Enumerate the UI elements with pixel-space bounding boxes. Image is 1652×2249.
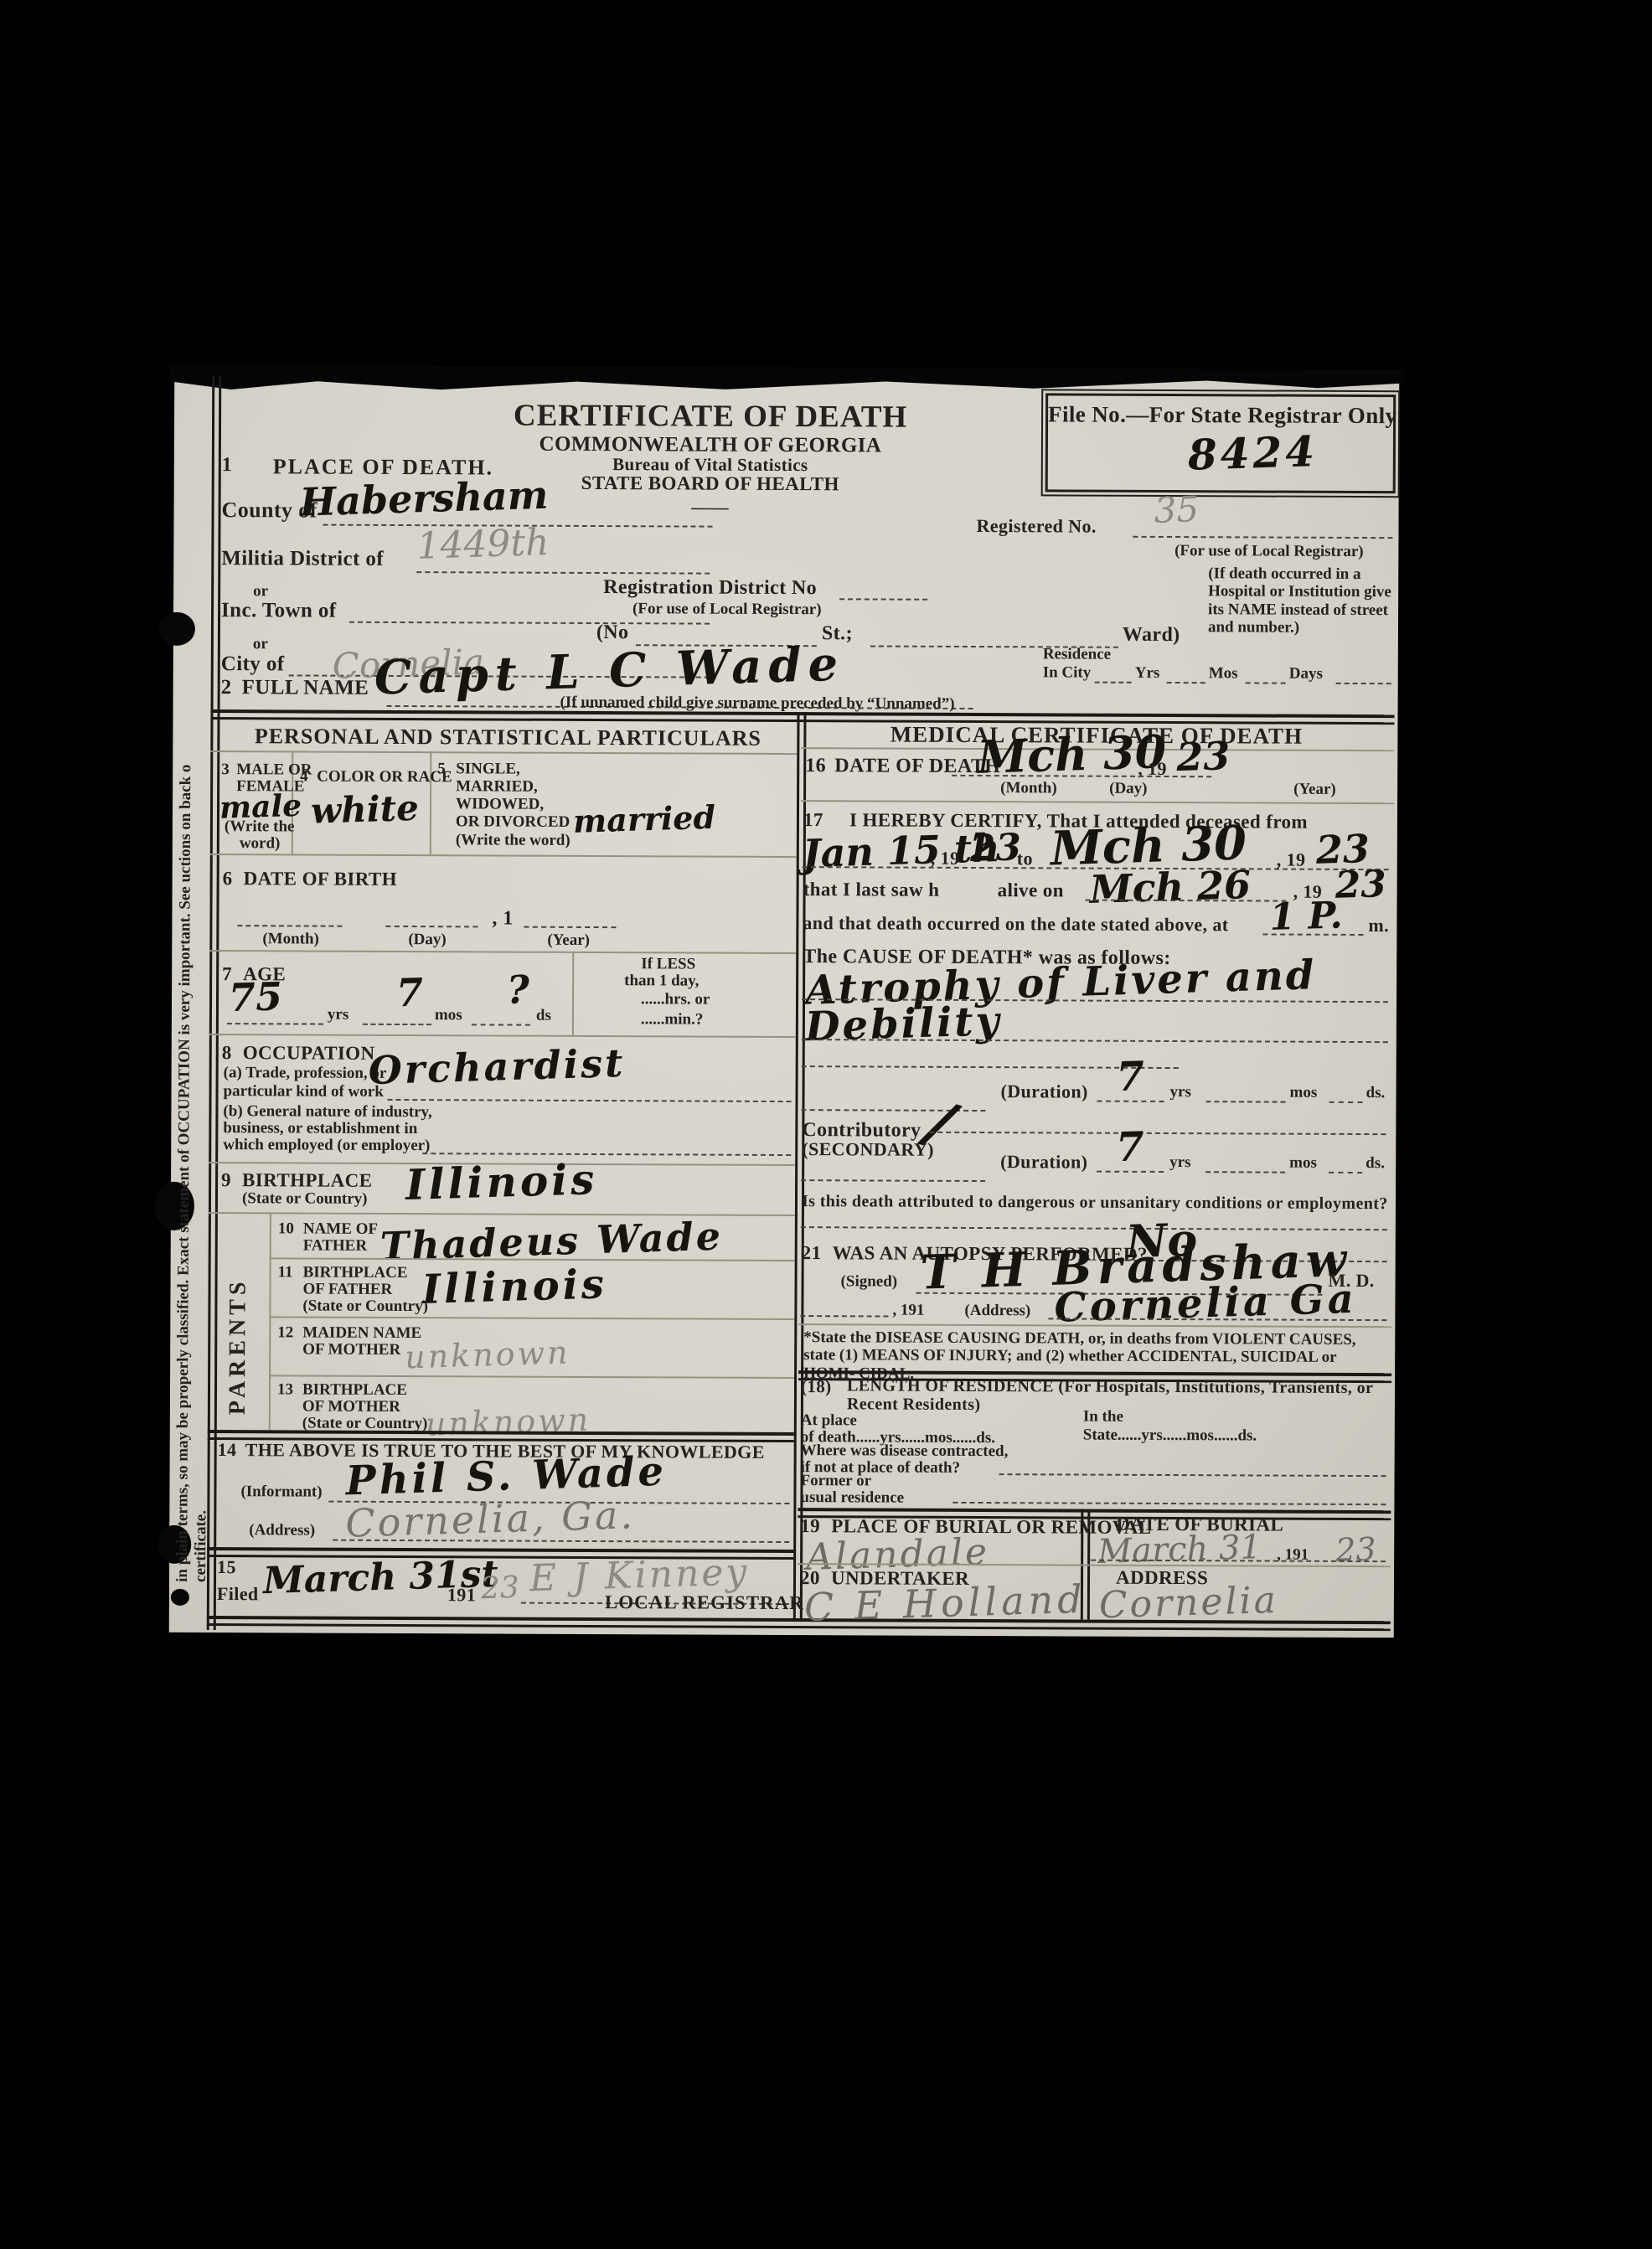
dotted-line xyxy=(385,926,478,927)
in-the-label: In the xyxy=(1083,1409,1123,1426)
dotted-line xyxy=(227,1023,323,1025)
marital-number: 5 xyxy=(437,761,446,778)
dotted-line xyxy=(1097,1101,1164,1102)
burial-date-value: March 31 xyxy=(1097,1530,1262,1569)
ward-label: Ward) xyxy=(1123,625,1180,647)
dotted-line xyxy=(388,1099,792,1102)
duration-2-label: (Duration) xyxy=(1000,1152,1087,1172)
cell-divider xyxy=(430,751,432,854)
death-day-label: (Day) xyxy=(1109,781,1147,798)
undertaker-address-value: Cornelia xyxy=(1098,1582,1278,1625)
occupation-number: 8 xyxy=(222,1043,232,1064)
dotted-line xyxy=(929,1132,1386,1135)
dotted-line xyxy=(999,1473,1386,1477)
dotted-line xyxy=(1329,1101,1363,1103)
file-number-value: 8424 xyxy=(1187,431,1319,477)
registration-district-label: Registration District No xyxy=(603,577,817,600)
secondary-label: (SECONDARY) xyxy=(802,1139,934,1159)
dotted-line xyxy=(1095,682,1132,683)
militia-district-label: Militia District of xyxy=(221,547,384,570)
at-place-label: At place xyxy=(801,1412,857,1430)
marital-label-3: WIDOWED, xyxy=(456,796,544,813)
father-birthplace-label-1: BIRTHPLACE xyxy=(303,1264,408,1282)
birthplace-number: 9 xyxy=(221,1170,231,1191)
dotted-line xyxy=(363,1024,431,1025)
age-ds-label: ds xyxy=(536,1008,551,1025)
dotted-line xyxy=(800,1315,888,1317)
birthplace-label: BIRTHPLACE xyxy=(242,1170,372,1192)
occupation-b-label-3: which employed (or employer) xyxy=(223,1137,430,1155)
dotted-line xyxy=(1206,1101,1286,1102)
autopsy-number: 21 xyxy=(802,1243,822,1264)
contributory-check-mark: / xyxy=(921,1091,961,1156)
mother-maiden-label-2: OF MOTHER xyxy=(302,1341,400,1359)
dotted-line xyxy=(1133,536,1392,539)
less-than-day-label-1: If LESS xyxy=(641,956,695,973)
occupation-value: Orchardist xyxy=(368,1044,626,1090)
light-rule xyxy=(210,751,797,755)
duration-2-yrs-label: yrs xyxy=(1169,1154,1190,1172)
knowledge-number: 14 xyxy=(218,1440,237,1460)
certify-number: 17 xyxy=(803,810,823,831)
age-mos-label: mos xyxy=(435,1007,462,1024)
mother-maiden-value: unknown xyxy=(405,1336,570,1373)
registered-no-label: Registered No. xyxy=(976,516,1096,536)
dotted-line xyxy=(952,1502,1386,1505)
file-box-label: File No.—For State Registrar Only xyxy=(1048,395,1393,428)
residence-days-label: Days xyxy=(1289,666,1323,683)
duration-2-mos-label: mos xyxy=(1289,1155,1317,1173)
certificate-title: CERTIFICATE OF DEATH xyxy=(505,400,916,435)
age-years-value: 75 xyxy=(228,977,282,1017)
father-name-label-1: NAME OF xyxy=(303,1220,378,1238)
residence-label-1: Residence xyxy=(1043,646,1111,663)
dotted-line xyxy=(839,598,927,600)
occupation-label: OCCUPATION xyxy=(243,1043,375,1065)
death-time-value: 1 P. xyxy=(1269,897,1343,936)
residence-yrs-label: Yrs xyxy=(1135,665,1160,683)
residence-mos-label: Mos xyxy=(1209,665,1238,683)
margin-instructions: in plain terms, so may be properly class… xyxy=(174,518,196,1582)
informant-address-value: Cornelia, Ga. xyxy=(345,1495,636,1543)
last-saw-prefix: that I last saw h xyxy=(803,879,940,901)
dotted-line xyxy=(237,925,342,927)
parents-vertical-label: PARENTS xyxy=(225,1264,251,1415)
light-rule xyxy=(801,800,1394,804)
age-months-value: 7 xyxy=(395,973,423,1013)
mother-birthplace-label-2: OF MOTHER xyxy=(302,1398,400,1416)
militia-district-value: 1449th xyxy=(416,524,550,565)
race-number: 4 xyxy=(300,768,308,786)
dotted-line xyxy=(349,622,710,625)
dob-month-label: (Month) xyxy=(262,931,319,948)
dotted-line xyxy=(1097,1171,1164,1173)
saw-year-value: 23 xyxy=(1335,866,1387,905)
dotted-line xyxy=(524,926,616,928)
marital-value: married xyxy=(572,802,715,838)
race-value: white xyxy=(310,791,419,829)
signed-address-label: (Address) xyxy=(964,1302,1030,1320)
duration-yrs-label: yrs xyxy=(1170,1084,1191,1101)
full-name-label: FULL NAME xyxy=(242,676,369,699)
mother-maiden-number: 12 xyxy=(277,1324,293,1342)
sex-write-note-1: (Write the xyxy=(225,818,295,836)
from-year-value: 23 xyxy=(969,829,1022,868)
last-saw-value: Mch 26 xyxy=(1089,865,1252,909)
father-birthplace-value: Illinois xyxy=(421,1264,608,1310)
inc-town-label: Inc. Town of xyxy=(221,599,337,622)
father-birthplace-note: (State or Country) xyxy=(302,1297,428,1315)
title-divider-dash: —— xyxy=(505,497,916,518)
or-label-1: or xyxy=(253,583,268,601)
dangerous-conditions-question: Is this death attributed to dangerous or… xyxy=(802,1193,1388,1214)
death-month-label: (Month) xyxy=(1000,780,1057,797)
dotted-line xyxy=(1336,683,1391,684)
last-saw-alive-label: alive on xyxy=(998,880,1064,901)
race-label: COLOR OR RACE xyxy=(317,769,452,787)
light-rule xyxy=(269,1316,794,1320)
mother-birthplace-number: 13 xyxy=(277,1381,293,1399)
duration-2-ds-label: ds. xyxy=(1365,1155,1385,1173)
occupation-a-label-2: particular kind of work xyxy=(224,1083,384,1101)
cell-divider xyxy=(269,1212,271,1431)
former-residence-label-1: Former or xyxy=(800,1473,871,1490)
dotted-line xyxy=(416,571,710,575)
father-name-number: 10 xyxy=(278,1220,294,1238)
filed-year-value: 23 xyxy=(480,1573,519,1604)
residence-label-2: In City xyxy=(1043,664,1092,682)
dotted-line xyxy=(1167,682,1205,683)
full-name-number: 2 xyxy=(221,676,232,699)
signed-year-printed: , 191 xyxy=(892,1302,924,1320)
filed-label: Filed xyxy=(217,1584,259,1604)
torn-edge-artifact xyxy=(169,364,1404,398)
from-year-printed: , 19 xyxy=(931,849,960,869)
sex-write-note-2: word) xyxy=(240,835,281,853)
hospital-note: (If death occurred in a Hospital or Inst… xyxy=(1208,565,1394,637)
light-rule xyxy=(210,854,797,858)
board-subtitle: STATE BOARD OF HEALTH xyxy=(505,473,916,496)
marital-label-2: MARRIED, xyxy=(456,778,538,796)
dotted-line xyxy=(1205,1171,1285,1173)
attended-to-label: to xyxy=(1017,849,1033,869)
informant-label: (Informant) xyxy=(240,1483,322,1501)
filed-number: 15 xyxy=(217,1557,236,1577)
date-of-death-number: 16 xyxy=(805,756,826,777)
filed-year-printed: 191 xyxy=(447,1585,476,1605)
dotted-line xyxy=(472,1024,530,1025)
death-occurred-statement: and that death occurred on the date stat… xyxy=(803,913,1228,935)
scanned-death-certificate: { "margin": { "line": "in plain terms, s… xyxy=(0,0,1652,2249)
full-name-value: Capt L C Wade xyxy=(374,641,845,702)
father-birthplace-number: 11 xyxy=(278,1264,293,1282)
light-rule xyxy=(209,950,796,954)
dob-label: DATE OF BIRTH xyxy=(244,869,397,890)
sex-number: 3 xyxy=(221,761,230,779)
marital-write-note: (Write the word) xyxy=(456,832,570,849)
duration-2-value: 7 xyxy=(1116,1127,1145,1168)
father-name-label-2: FATHER xyxy=(303,1237,367,1255)
dotted-line xyxy=(422,1153,791,1156)
duration-mos-label: mos xyxy=(1290,1085,1318,1102)
personal-particulars-heading: PERSONAL AND STATISTICAL PARTICULARS xyxy=(223,725,792,751)
city-label: City of xyxy=(221,653,285,675)
dotted-line xyxy=(1246,682,1286,683)
age-yrs-label: yrs xyxy=(328,1007,348,1024)
county-value: Habersham xyxy=(299,476,549,522)
dotted-line xyxy=(801,1109,985,1112)
to-year-printed: , 19 xyxy=(1277,850,1306,870)
dob-one-text: , 1 xyxy=(492,908,513,930)
dob-day-label: (Day) xyxy=(408,931,446,949)
commonwealth-subtitle: COMMONWEALTH OF GEORGIA xyxy=(505,433,916,457)
light-rule xyxy=(269,1375,794,1379)
dotted-line xyxy=(1329,1172,1362,1174)
less-than-day-hrs: ......hrs. or xyxy=(641,991,710,1008)
cell-divider xyxy=(572,952,574,1035)
marital-label-4: OR DIVORCED xyxy=(456,813,570,831)
father-birthplace-label-2: OF FATHER xyxy=(302,1281,392,1298)
birthplace-note: (State or Country) xyxy=(242,1190,368,1208)
unnamed-child-note: (If unnamed child give surname preceded … xyxy=(560,694,955,714)
duration-value: 7 xyxy=(1116,1056,1145,1097)
occupation-a-label-1: (a) Trade, profession, or xyxy=(224,1065,387,1082)
physician-address-value: Cornelia Ga xyxy=(1054,1279,1358,1328)
marital-label-1: SINGLE, xyxy=(456,761,520,778)
or-label-2: or xyxy=(253,636,268,653)
document-page: in plain terms, so may be properly class… xyxy=(169,376,1400,1638)
ink-blob xyxy=(171,1589,189,1606)
burial-number: 19 xyxy=(800,1516,820,1537)
state-fields: State......yrs......mos......ds. xyxy=(1083,1427,1257,1445)
dob-year-label: (Year) xyxy=(547,932,590,950)
recent-residents-label: Recent Residents) xyxy=(847,1395,981,1414)
local-registrar-label: LOCAL REGISTRAR xyxy=(605,1592,804,1614)
less-than-day-min: ......min.? xyxy=(641,1011,704,1029)
registered-note: (For use of Local Registrar) xyxy=(1145,543,1392,561)
duration-ds-label: ds. xyxy=(1366,1085,1386,1102)
registration-district-note: (For use of Local Registrar) xyxy=(632,601,822,618)
street-no-label: (No xyxy=(596,622,629,644)
light-rule xyxy=(209,1034,796,1038)
dotted-line xyxy=(801,1226,1387,1230)
mother-birthplace-label-1: BIRTHPLACE xyxy=(302,1381,407,1399)
death-time-m-label: m. xyxy=(1368,916,1389,936)
dotted-line xyxy=(801,1179,985,1182)
death-year-label: (Year) xyxy=(1293,781,1336,799)
dob-number: 6 xyxy=(223,869,233,890)
registered-no-value: 35 xyxy=(1154,492,1200,529)
residence-18-number: (18) xyxy=(801,1377,832,1396)
signed-label: (Signed) xyxy=(841,1273,898,1291)
duration-label: (Duration) xyxy=(1001,1081,1088,1101)
death-year-value: 23 xyxy=(1176,736,1231,776)
age-days-value: ? xyxy=(506,970,529,1009)
undertaker-value: C E Holland xyxy=(803,1580,1087,1627)
item-1-number: 1 xyxy=(222,455,233,477)
former-residence-label-2: usual residence xyxy=(800,1489,904,1507)
informant-address-label: (Address) xyxy=(249,1522,315,1540)
less-than-day-label-2: than 1 day, xyxy=(624,972,699,990)
birthplace-value: Illinois xyxy=(405,1158,598,1206)
